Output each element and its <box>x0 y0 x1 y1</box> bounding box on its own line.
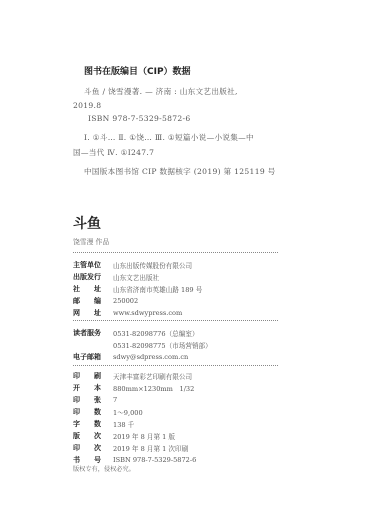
print-row: 印 刷天津丰富彩艺印刷有限公司 <box>73 370 192 382</box>
print-label: 开 本 <box>73 383 108 393</box>
contact-row: 读者服务0531-82098776（总编室） <box>73 327 199 339</box>
contact-value: sdwy@sdpress.com.cn <box>113 353 188 361</box>
info-row: 主管单位山东出版传媒股份有限公司 <box>73 259 192 271</box>
print-row: 字 数138 千 <box>73 418 134 430</box>
info-row: 网 址www.sdwypress.com <box>73 307 182 319</box>
cip-classification-1: Ⅰ. ①斗… Ⅱ. ①饶… Ⅲ. ①短篇小说—小说集—中 <box>84 132 254 143</box>
cip-line-1: 斗鱼 / 饶雪漫著. — 济南 : 山东文艺出版社, <box>84 86 238 97</box>
print-value: 7 <box>113 396 117 404</box>
copyright-notice: 版权专有，侵权必究。 <box>73 464 135 473</box>
print-label: 印 次 <box>73 443 108 453</box>
print-row: 印 数1～9,000 <box>73 406 143 418</box>
print-value: 2019 年 8 月第 1 次印刷 <box>113 443 188 453</box>
print-value: 880mm×1230mm 1/32 <box>113 383 194 393</box>
print-label: 印 张 <box>73 395 108 405</box>
contact-row: 电子邮箱sdwy@sdpress.com.cn <box>73 351 188 363</box>
cip-isbn: ISBN 978-7-5329-5872-6 <box>88 114 191 123</box>
info-row: 邮 编250002 <box>73 295 138 307</box>
cip-classification-2: 国—当代 Ⅳ. ①I247.7 <box>73 147 154 158</box>
info-label: 邮 编 <box>73 296 108 306</box>
contact-value: 0531-82098776（总编室） <box>113 328 199 338</box>
divider <box>73 365 278 366</box>
print-row: 版 次2019 年 8 月第 1 版 <box>73 430 175 442</box>
info-value: 山东省济南市英雄山路 189 号 <box>113 284 202 294</box>
contact-value: 0531-82098775（市场营销部） <box>113 340 212 350</box>
book-author: 饶雪漫 作品 <box>73 236 109 246</box>
divider <box>73 252 278 253</box>
print-row: 开 本880mm×1230mm 1/32 <box>73 382 194 394</box>
contact-label: 读者服务 <box>73 328 108 338</box>
contact-label: 电子邮箱 <box>73 352 108 362</box>
print-value: ISBN 978-7-5329-5872-6 <box>113 456 196 464</box>
info-label: 出版发行 <box>73 272 108 282</box>
info-row: 社 址山东省济南市英雄山路 189 号 <box>73 283 202 295</box>
info-value: 山东文艺出版社 <box>113 272 159 282</box>
info-label: 主管单位 <box>73 260 108 270</box>
print-value: 1～9,000 <box>113 407 143 417</box>
cip-verification: 中国版本图书馆 CIP 数据核字 (2019) 第 125119 号 <box>84 166 276 177</box>
print-label: 印 刷 <box>73 371 108 381</box>
print-value: 天津丰富彩艺印刷有限公司 <box>113 371 192 381</box>
contact-row: 0531-82098775（市场营销部） <box>73 339 212 351</box>
print-label: 字 数 <box>73 419 108 429</box>
cip-line-2: 2019.8 <box>73 101 101 110</box>
print-row: 印 次2019 年 8 月第 1 次印刷 <box>73 442 188 454</box>
info-value: 250002 <box>113 297 138 305</box>
print-value: 138 千 <box>113 419 134 429</box>
print-label: 版 次 <box>73 431 108 441</box>
info-label: 社 址 <box>73 284 108 294</box>
print-label: 印 数 <box>73 407 108 417</box>
book-title: 斗鱼 <box>73 213 101 233</box>
divider <box>73 320 278 321</box>
cip-heading: 图书在版编目（CIP）数据 <box>84 64 191 77</box>
info-value: www.sdwypress.com <box>113 309 182 317</box>
print-row: 印 张7 <box>73 394 117 406</box>
info-row: 出版发行山东文艺出版社 <box>73 271 159 283</box>
info-value: 山东出版传媒股份有限公司 <box>113 260 192 270</box>
print-value: 2019 年 8 月第 1 版 <box>113 431 175 441</box>
info-label: 网 址 <box>73 308 108 318</box>
